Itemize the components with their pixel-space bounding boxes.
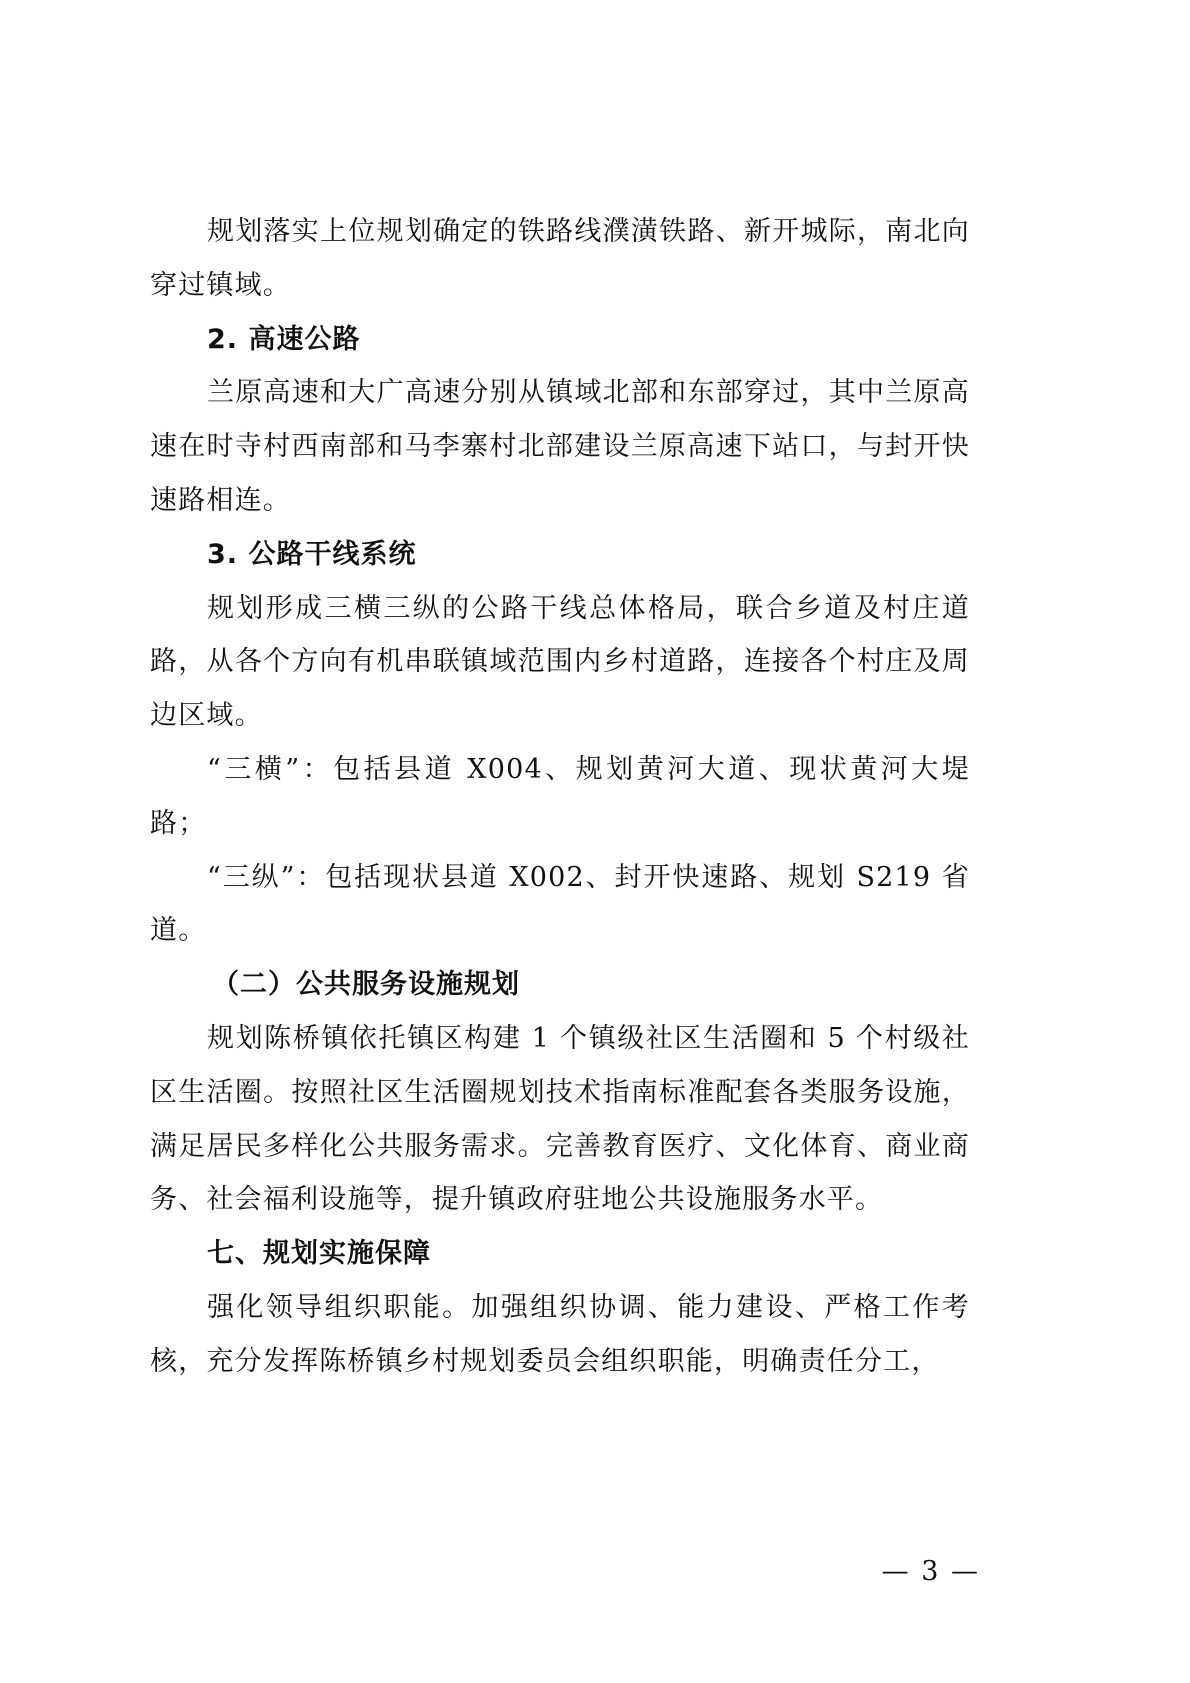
heading-expressway: 2. 高速公路 [150, 313, 970, 367]
paragraph-railway: 规划落实上位规划确定的铁路线濮潢铁路、新开城际，南北向穿过镇域。 [150, 205, 970, 313]
heading-implementation-guarantee: 七、规划实施保障 [150, 1227, 970, 1281]
document-body: 规划落实上位规划确定的铁路线濮潢铁路、新开城际，南北向穿过镇域。 2. 高速公路… [150, 205, 970, 1389]
heading-public-service-facilities: （二）公共服务设施规划 [150, 958, 970, 1012]
paragraph-three-horizontal: “三横”：包括县道 X004、规划黄河大道、现状黄河大堤路； [150, 743, 970, 851]
paragraph-implementation-guarantee: 强化领导组织职能。加强组织协调、能力建设、严格工作考核，充分发挥陈桥镇乡村规划委… [150, 1281, 970, 1389]
paragraph-public-service-facilities: 规划陈桥镇依托镇区构建 1 个镇级社区生活圈和 5 个村级社区生活圈。按照社区生… [150, 1012, 970, 1227]
paragraph-expressway: 兰原高速和大广高速分别从镇域北部和东部穿过，其中兰原高速在时寺村西南部和马李寨村… [150, 366, 970, 527]
page-number: — 3 — [850, 1552, 980, 1592]
paragraph-highway-trunk-system: 规划形成三横三纵的公路干线总体格局，联合乡道及村庄道路，从各个方向有机串联镇域范… [150, 582, 970, 743]
document-page: 规划落实上位规划确定的铁路线濮潢铁路、新开城际，南北向穿过镇域。 2. 高速公路… [0, 0, 1190, 1683]
paragraph-three-vertical: “三纵”：包括现状县道 X002、封开快速路、规划 S219 省道。 [150, 851, 970, 959]
heading-highway-trunk-system: 3. 公路干线系统 [150, 528, 970, 582]
